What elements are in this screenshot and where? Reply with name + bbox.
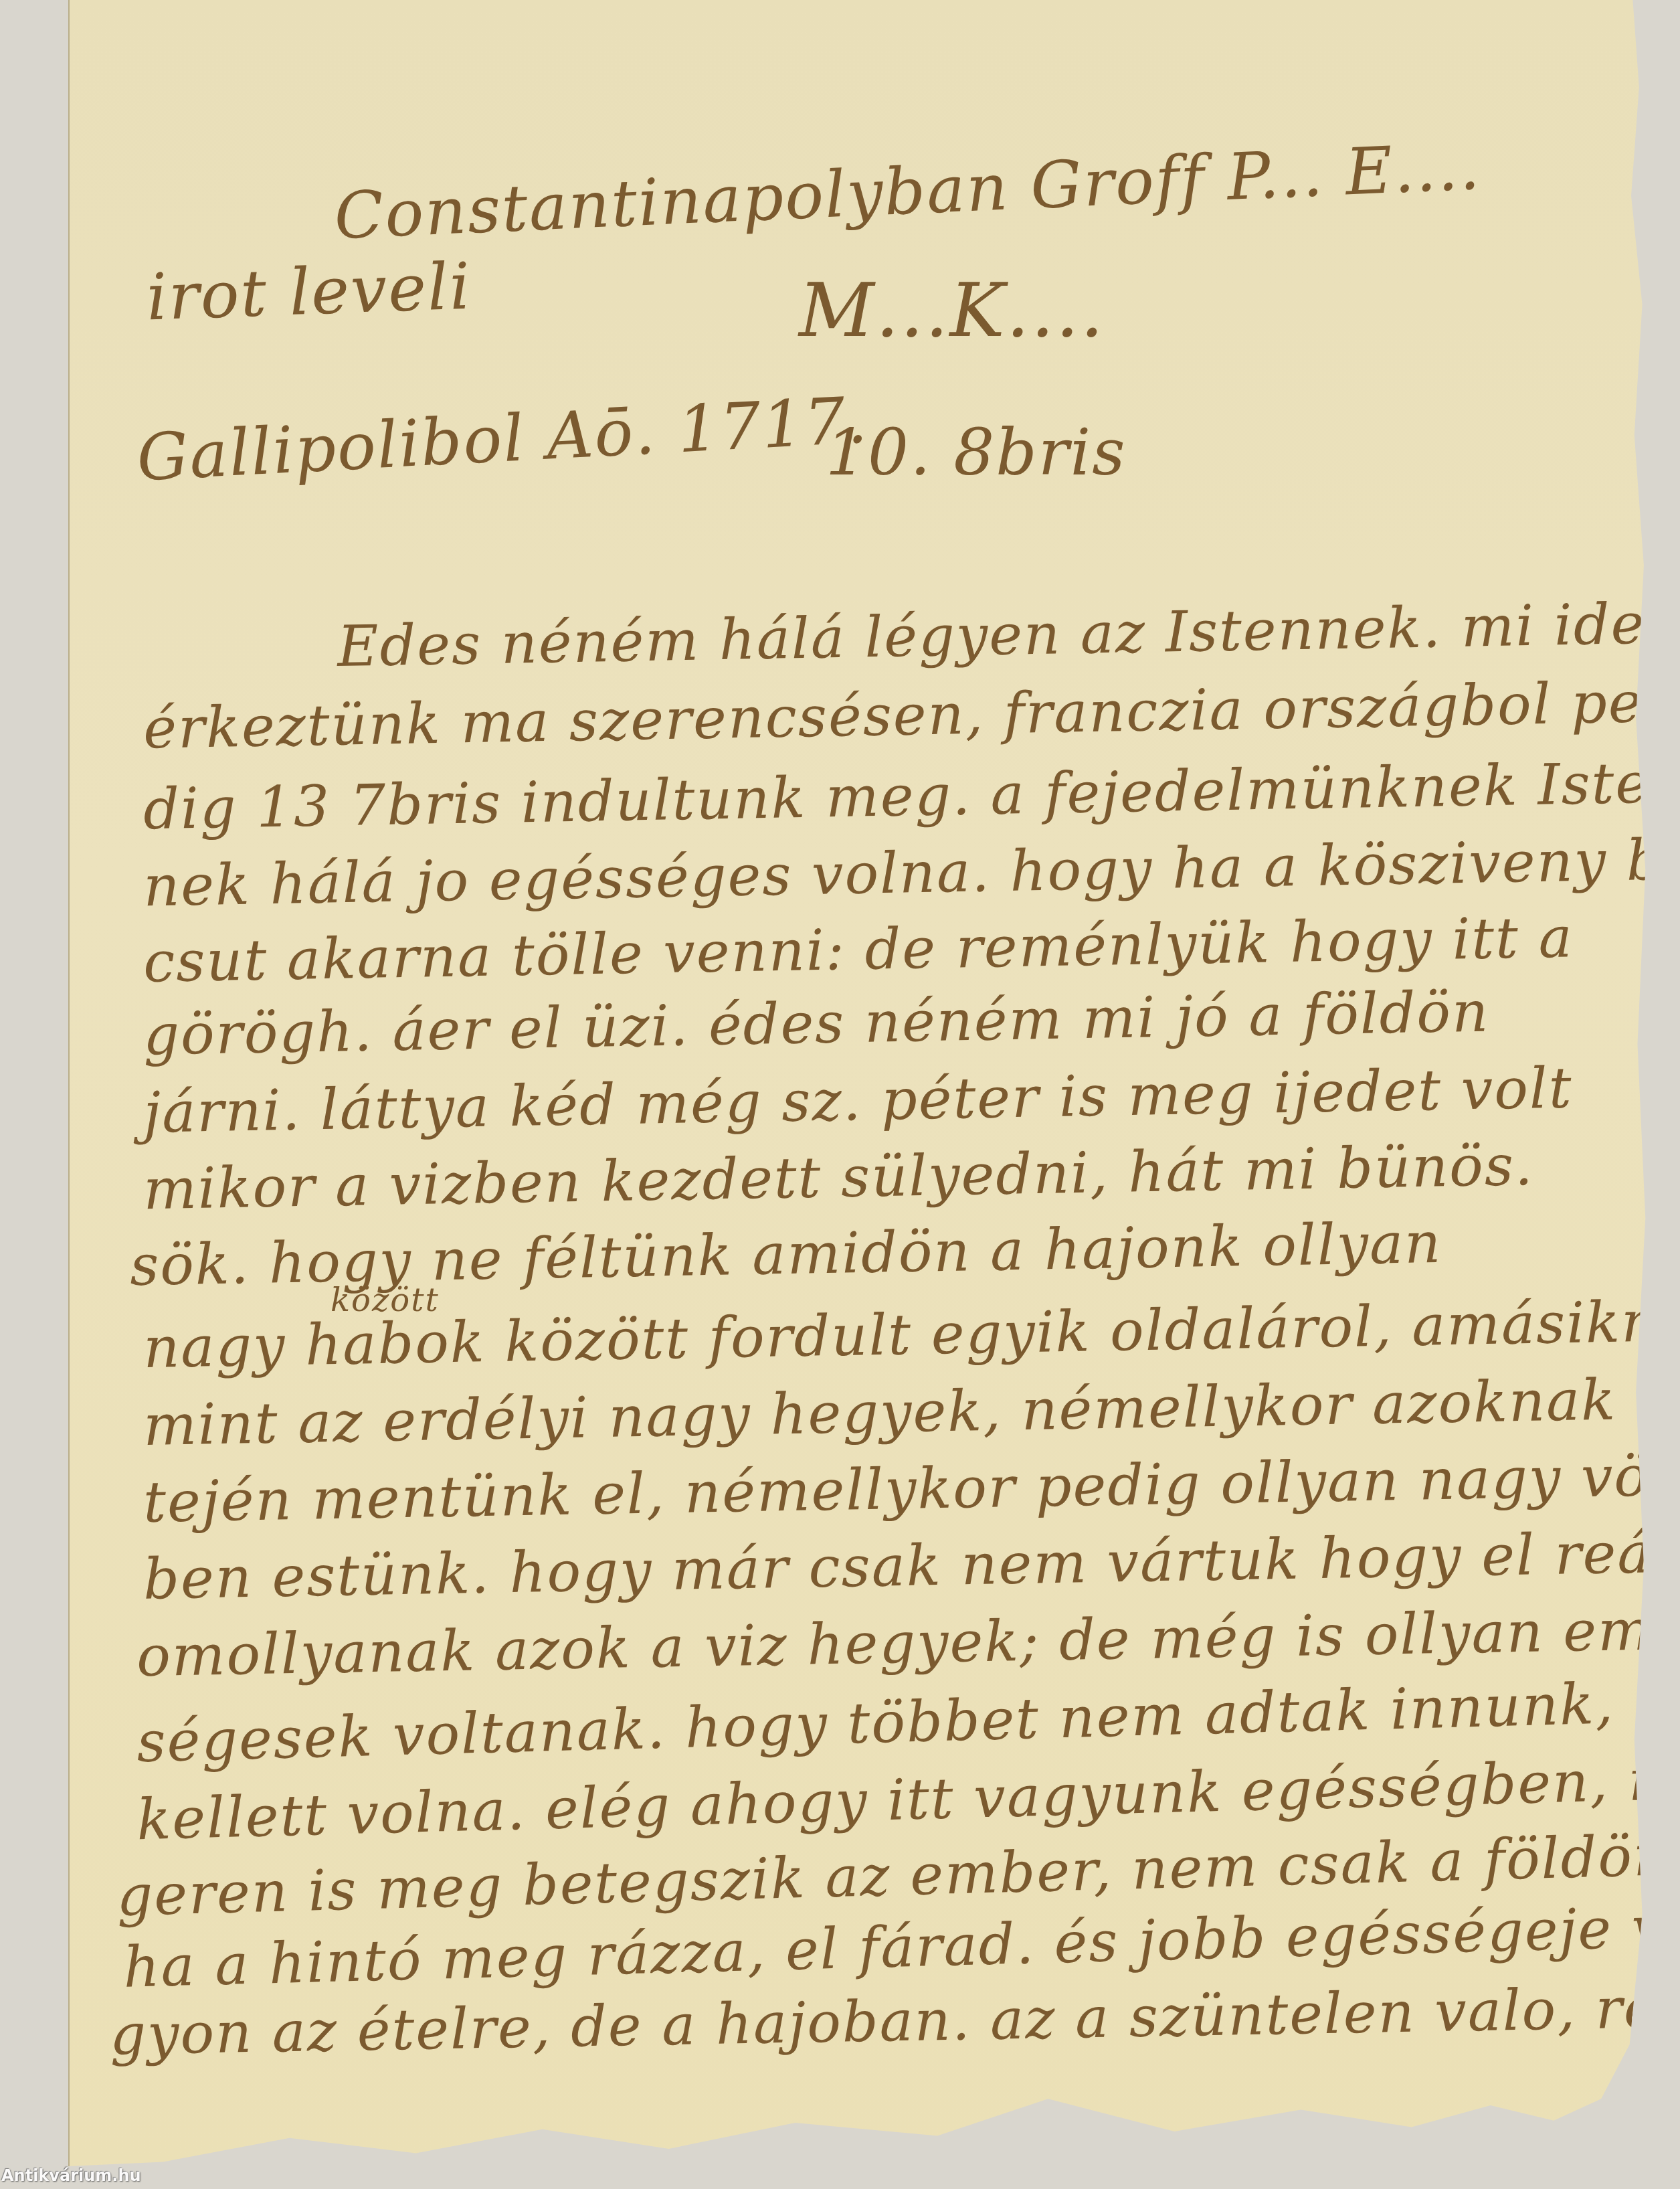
body-line: mint az erdélyi nagy hegyek, némellykor … <box>143 1365 1680 1458</box>
place-and-year: Gallipolibol Aō. 1717. <box>135 382 870 495</box>
heading-line-2-left: irot leveli <box>145 249 472 335</box>
heading-line-1: Constantinapolyban Groff P... E.... <box>333 129 1482 254</box>
body-line: Edes néném hálá légyen az Istennek. mi i… <box>337 591 1646 679</box>
body-line: ben estünk. hogy már csak nem vártuk hog… <box>143 1518 1680 1611</box>
body-line: dig 13 7bris indultunk meg. a fejedelmün… <box>143 750 1680 842</box>
body-line: görögh. áer el üzi. édes néném mi jó a f… <box>143 978 1490 1067</box>
day-and-month: 10. 8bris <box>826 415 1127 490</box>
body-line: mikor a vizben kezdett sülyedni, hát mi … <box>143 1132 1534 1222</box>
body-line: tején mentünk el, némellykor pedig ollya… <box>143 1441 1680 1535</box>
body-line: érkeztünk ma szerencsésen, franczia orsz… <box>143 669 1643 761</box>
letter-page: Constantinapolyban Groff P... E.... irot… <box>68 0 1649 2175</box>
body-line: nek hálá jo egésséges volna. hogy ha a k… <box>143 826 1680 920</box>
body-line: sök. hogy ne féltünk amidön a hajonk oll… <box>129 1210 1442 1298</box>
watermark: Antikvárium.hu <box>1 2166 141 2185</box>
heading-signature-initials: M...K.... <box>799 268 1105 353</box>
body-line: járni. láttya kéd még sz. péter is meg i… <box>143 1055 1573 1145</box>
